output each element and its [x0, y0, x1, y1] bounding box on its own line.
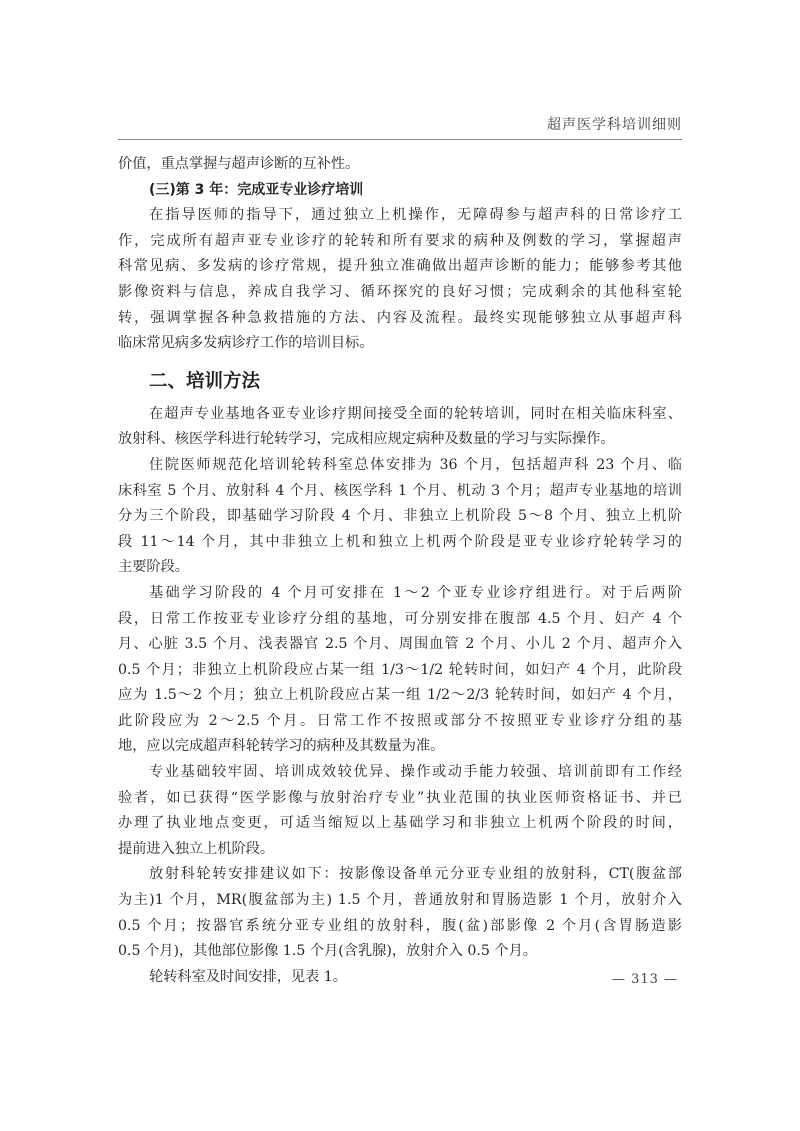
- paragraph-line: 影像资料与信息，养成自我学习、循环探究的良好习惯；完成剩余的其他科室轮: [118, 280, 682, 306]
- paragraph-line: 专业基础较牢固、培训成效较优异、操作或动手能力较强、培训前即有工作经: [118, 760, 682, 786]
- paragraph-line: 分为三个阶段，即基础学习阶段 4 个月、非独立上机阶段 5～8 个月、独立上机阶: [118, 504, 682, 530]
- paragraph-line: 0.5 个月；非独立上机阶段应占某一组 1/3～1/2 轮转时间，如妇产 4 个…: [118, 658, 682, 684]
- paragraph-line: 办理了执业地点变更，可适当缩短以上基础学习和非独立上机两个阶段的时间，: [118, 811, 682, 837]
- running-header-title: 超声医学科培训细则: [547, 114, 682, 134]
- section-heading: 二、培训方法: [118, 363, 682, 401]
- subsection-heading: (三)第 3 年：完成亚专业诊疗培训: [118, 178, 682, 204]
- paragraph-line: 在指导医师的指导下，通过独立上机操作，无障碍参与超声科的日常诊疗工: [118, 203, 682, 229]
- paragraph-line: 提前进入独立上机阶段。: [118, 837, 682, 863]
- paragraph-line: 科常见病、多发病的诊疗常规，提升独立准确做出超声诊断的能力；能够参考其他: [118, 254, 682, 280]
- paragraph-line: 主要阶段。: [118, 555, 682, 581]
- paragraph: 放射科轮转安排建议如下：按影像设备单元分亚专业组的放射科，CT(腹盆部 为主)1…: [118, 862, 682, 964]
- paragraph: 在超声专业基地各亚专业诊疗期间接受全面的轮转培训，同时在相关临床科室、 放射科、…: [118, 402, 682, 453]
- paragraph-line: 临床常见病多发病诊疗工作的培训目标。: [118, 331, 682, 357]
- paragraph-line: 在超声专业基地各亚专业诊疗期间接受全面的轮转培训，同时在相关临床科室、: [118, 402, 682, 428]
- paragraph-line: 段，日常工作按亚专业诊疗分组的基地，可分别安排在腹部 4.5 个月、妇产 4 个: [118, 607, 682, 633]
- document-page: 超声医学科培训细则 价值，重点掌握与超声诊断的互补性。 (三)第 3 年：完成亚…: [0, 0, 800, 1131]
- body-text: 价值，重点掌握与超声诊断的互补性。 (三)第 3 年：完成亚专业诊疗培训 在指导…: [118, 152, 682, 990]
- paragraph: 专业基础较牢固、培训成效较优异、操作或动手能力较强、培训前即有工作经 验者，如已…: [118, 760, 682, 862]
- paragraph-line: 转，强调掌握各种急救措施的方法、内容及流程。最终实现能够独立从事超声科: [118, 306, 682, 332]
- paragraph: 基础学习阶段的 4 个月可安排在 1～2 个亚专业诊疗组进行。对于后两阶 段，日…: [118, 581, 682, 760]
- paragraph-line: 0.5 个月；按器官系统分亚专业组的放射科，腹(盆)部影像 2 个月(含胃肠造影: [118, 914, 682, 940]
- paragraph-line: 放射科、核医学科进行轮转学习，完成相应规定病种及数量的学习与实际操作。: [118, 427, 682, 453]
- paragraph-line: 作，完成所有超声亚专业诊疗的轮转和所有要求的病种及例数的学习，掌握超声: [118, 229, 682, 255]
- paragraph-line: 此阶段应为 2～2.5 个月。日常工作不按照或部分不按照亚专业诊疗分组的基: [118, 709, 682, 735]
- paragraph-line: 地，应以完成超声科轮转学习的病种及其数量为准。: [118, 734, 682, 760]
- paragraph-line: 价值，重点掌握与超声诊断的互补性。: [118, 152, 682, 178]
- paragraph-line: 轮转科室及时间安排，见表 1。: [118, 965, 682, 991]
- paragraph-line: 0.5 个月)，其他部位影像 1.5 个月(含乳腺)，放射介入 0.5 个月。: [118, 939, 682, 965]
- running-header: 超声医学科培训细则: [118, 113, 682, 140]
- paragraph-line: 段 11～14 个月，其中非独立上机和独立上机两个阶段是亚专业诊疗轮转学习的: [118, 530, 682, 556]
- paragraph-subsection-3: 在指导医师的指导下，通过独立上机操作，无障碍参与超声科的日常诊疗工 作，完成所有…: [118, 203, 682, 357]
- paragraph-line: 为主)1 个月，MR(腹盆部为主) 1.5 个月，普通放射和胃肠造影 1 个月，…: [118, 888, 682, 914]
- paragraph: 住院医师规范化培训轮转科室总体安排为 36 个月，包括超声科 23 个月、临 床…: [118, 453, 682, 581]
- paragraph-line: 住院医师规范化培训轮转科室总体安排为 36 个月，包括超声科 23 个月、临: [118, 453, 682, 479]
- page-number: — 313 —: [600, 972, 690, 987]
- paragraph-line: 床科室 5 个月、放射科 4 个月、核医学科 1 个月、机动 3 个月；超声专业…: [118, 479, 682, 505]
- paragraph-line: 基础学习阶段的 4 个月可安排在 1～2 个亚专业诊疗组进行。对于后两阶: [118, 581, 682, 607]
- paragraph-line: 验者，如已获得“医学影像与放射治疗专业”执业范围的执业医师资格证书、并已: [118, 786, 682, 812]
- paragraph: 轮转科室及时间安排，见表 1。: [118, 965, 682, 991]
- paragraph-line: 应为 1.5～2 个月；独立上机阶段应占某一组 1/2～2/3 轮转时间，如妇产…: [118, 683, 682, 709]
- paragraph-line: 月、心脏 3.5 个月、浅表器官 2.5 个月、周围血管 2 个月、小儿 2 个…: [118, 632, 682, 658]
- paragraph-line: 放射科轮转安排建议如下：按影像设备单元分亚专业组的放射科，CT(腹盆部: [118, 862, 682, 888]
